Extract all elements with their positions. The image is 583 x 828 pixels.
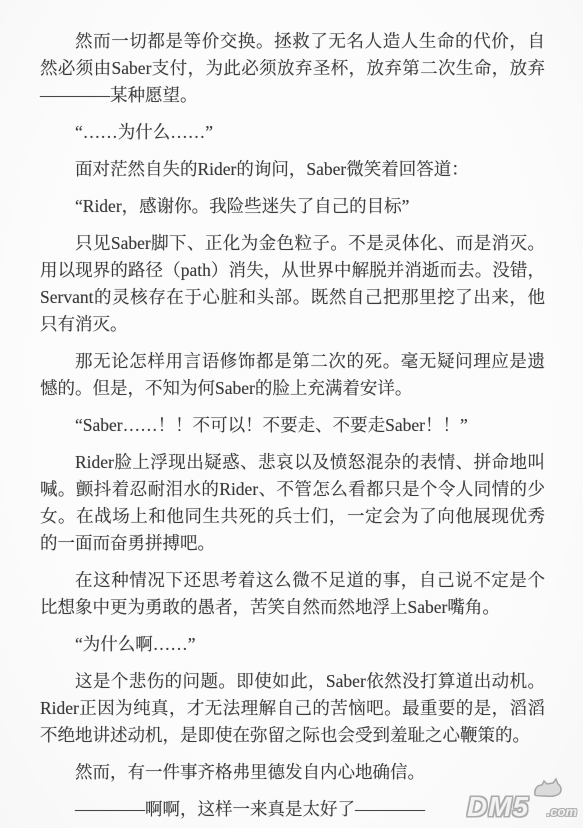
paragraph: 在这种情况下还思考着这么微不足道的事，自己说不定是个比想象中更为勇敢的愚者，苦笑… <box>40 567 545 621</box>
paragraph: 只见Saber脚下、正化为金色粒子。不是灵体化、而是消灭。用以现界的路径（pat… <box>40 230 545 338</box>
watermark-suffix: .com <box>547 804 577 819</box>
paragraph: “……为什么……” <box>40 119 545 146</box>
paragraph: 这是个悲伤的问题。即使如此，Saber依然没打算道出动机。Rider正因为纯真，… <box>40 668 545 749</box>
paragraph: “Saber……！！不可以！不要走、不要走Saber！！” <box>40 412 545 439</box>
novel-page: 然而一切都是等价交换。拯救了无名人造人生命的代价，自然必须由Saber支付，为此… <box>0 0 583 828</box>
paragraph: Rider脸上浮现出疑惑、悲哀以及愤怒混杂的表情、拼命地叫喊。颤抖着忍耐泪水的R… <box>40 449 545 557</box>
cat-icon <box>529 777 563 797</box>
paragraph: “Rider，感谢你。我险些迷失了自己的目标” <box>40 193 545 220</box>
page-text: 然而一切都是等价交换。拯救了无名人造人生命的代价，自然必须由Saber支付，为此… <box>40 28 545 828</box>
paragraph: 那无论怎样用言语修饰都是第二次的死。毫无疑问理应是遗憾的。但是，不知为何Sabe… <box>40 348 545 402</box>
paragraph: 然而一切都是等价交换。拯救了无名人造人生命的代价，自然必须由Saber支付，为此… <box>40 28 545 109</box>
paragraph: “为什么啊……” <box>40 631 545 658</box>
paragraph: 面对茫然自失的Rider的询问，Saber微笑着回答道： <box>40 156 545 183</box>
dm5-watermark: DM5 .com <box>465 779 577 821</box>
watermark-text: DM5 <box>467 793 529 821</box>
